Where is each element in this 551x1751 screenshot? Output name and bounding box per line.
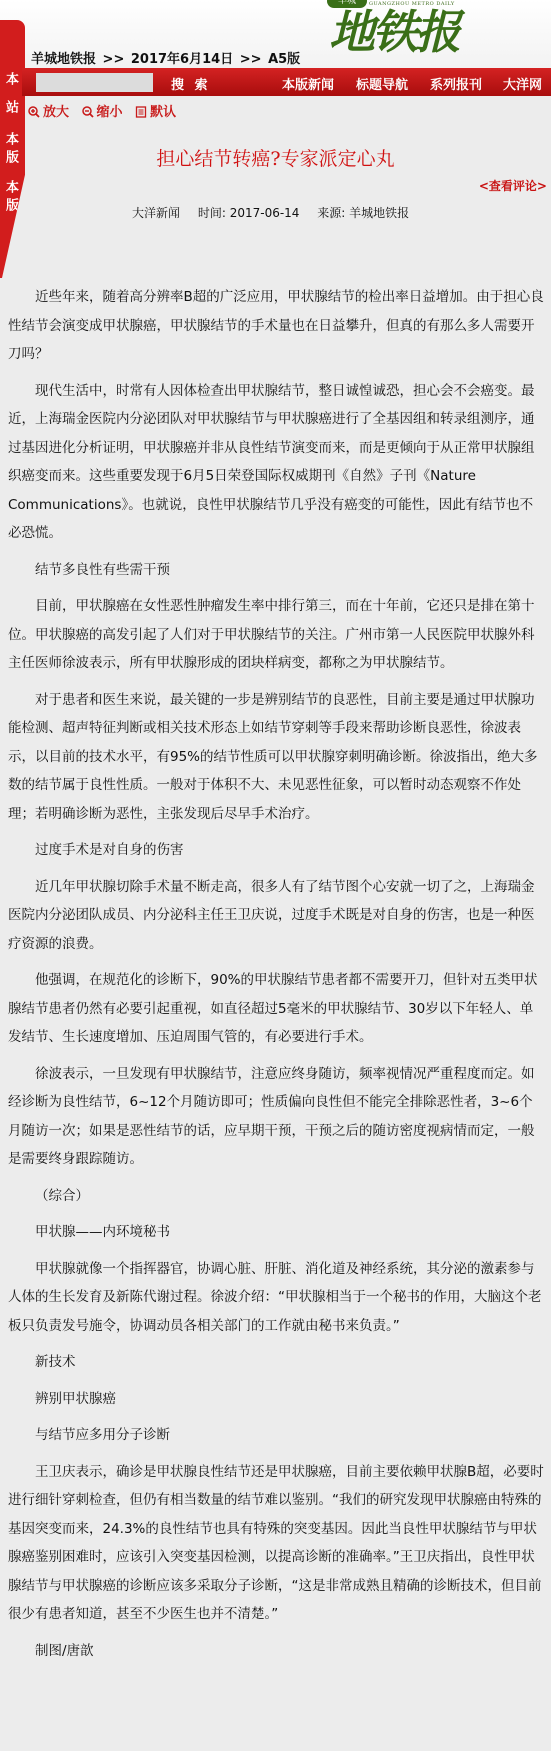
article-title: 担心结节转癌?专家派定心丸 [0, 144, 551, 171]
article-paragraph: 甲状腺就像一个指挥器官，协调心脏、肝脏、消化道及神经系统，其分泌的激素参与人体的… [8, 1255, 544, 1341]
logo-brand: 地铁报 [329, 6, 458, 58]
article-subheading: 结节多良性有些需干预 [8, 556, 544, 585]
side-tab-label: 本 [3, 72, 17, 85]
meta-source: 来源: 羊城地铁报 [317, 206, 409, 220]
zoom-out-icon [82, 106, 94, 118]
default-size-button[interactable]: 默认 [135, 105, 176, 120]
font-size-controls: 放大 缩小 默认 [28, 101, 184, 120]
meta-time: 时间: 2017-06-14 [198, 206, 300, 220]
article-subheading: 甲状腺——内环境秘书 [8, 1218, 544, 1247]
article-subheading: 与结节应多用分子诊断 [8, 1421, 544, 1450]
search-input[interactable] [36, 73, 153, 92]
search-button[interactable]: 搜 索 [171, 74, 211, 93]
nav-item-dayoo[interactable]: 大洋网 [503, 74, 542, 93]
enlarge-label: 放大 [43, 105, 69, 120]
article-subheading: 辨别甲状腺癌 [8, 1385, 544, 1414]
side-tab-label: 本 [3, 180, 17, 193]
breadcrumb-separator: >> [240, 52, 262, 67]
enlarge-button[interactable]: 放大 [28, 105, 74, 120]
breadcrumb-paper[interactable]: 羊城地铁报 [31, 52, 96, 67]
shrink-label: 缩小 [97, 105, 123, 120]
article-meta: 大洋新闻 时间: 2017-06-14 来源: 羊城地铁报 [132, 204, 423, 221]
article-paragraph: 目前，甲状腺癌在女性恶性肿瘤发生率中排行第三，而在十年前，它还只是排在第十位。甲… [8, 592, 544, 678]
article-subheading: 新技术 [8, 1348, 544, 1377]
article-subheading: 过度手术是对自身的伤害 [8, 836, 544, 865]
breadcrumb-edition[interactable]: A5版 [268, 52, 300, 67]
article-paragraph: 近些年来，随着高分辨率B超的广泛应用，甲状腺结节的检出率日益增加。由于担心良性结… [8, 283, 544, 369]
article-credit: 制图/唐歆 [8, 1637, 544, 1666]
metro-daily-logo: 羊城 GUANGZHOU METRO DAILY 地铁报 [327, 0, 487, 62]
meta-source-site: 大洋新闻 [132, 206, 180, 220]
nav-item-section-news[interactable]: 本版新闻 [282, 74, 334, 93]
nav-item-series[interactable]: 系列报刊 [430, 74, 482, 93]
article-paragraph: 近几年甲状腺切除手术量不断走高，很多人有了结节图个心安就一切了之，上海瑞金医院内… [8, 873, 544, 959]
nav-item-headline-nav[interactable]: 标题导航 [356, 74, 408, 93]
article-body: 近些年来，随着高分辨率B超的广泛应用，甲状腺结节的检出率日益增加。由于担心良性结… [8, 283, 544, 1673]
zoom-in-icon [28, 106, 40, 118]
article-paragraph: 对于患者和医生来说，最关键的一步是辨别结节的良恶性，目前主要是通过甲状腺功能检测… [8, 686, 544, 829]
default-label: 默认 [150, 105, 176, 120]
document-icon [135, 106, 147, 118]
view-comments-link[interactable]: <查看评论> [479, 177, 547, 194]
breadcrumb-date[interactable]: 2017年6月14日 [131, 52, 233, 67]
side-tab-label: 站 [3, 100, 17, 113]
article-paragraph: 徐波表示，一旦发现有甲状腺结节，注意应终身随访，频率视情况严重程度而定。如经诊断… [8, 1060, 544, 1174]
article-attribution: （综合） [8, 1182, 544, 1211]
side-tab-label: 版 [3, 198, 17, 211]
article-paragraph: 王卫庆表示，确诊是甲状腺良性结节还是甲状腺癌，目前主要依赖甲状腺B超，必要时进行… [8, 1458, 544, 1629]
breadcrumb: 羊城地铁报 >> 2017年6月14日 >> A5版 [31, 48, 302, 67]
breadcrumb-separator: >> [103, 52, 125, 67]
article-paragraph: 他强调，在规范化的诊断下，90%的甲状腺结节患者都不需要开刀，但针对五类甲状腺结… [8, 966, 544, 1052]
article-paragraph: 现代生活中，时常有人因体检查出甲状腺结节，整日诚惶诚恐，担心会不会癌变。最近，上… [8, 377, 544, 548]
shrink-button[interactable]: 缩小 [82, 105, 128, 120]
